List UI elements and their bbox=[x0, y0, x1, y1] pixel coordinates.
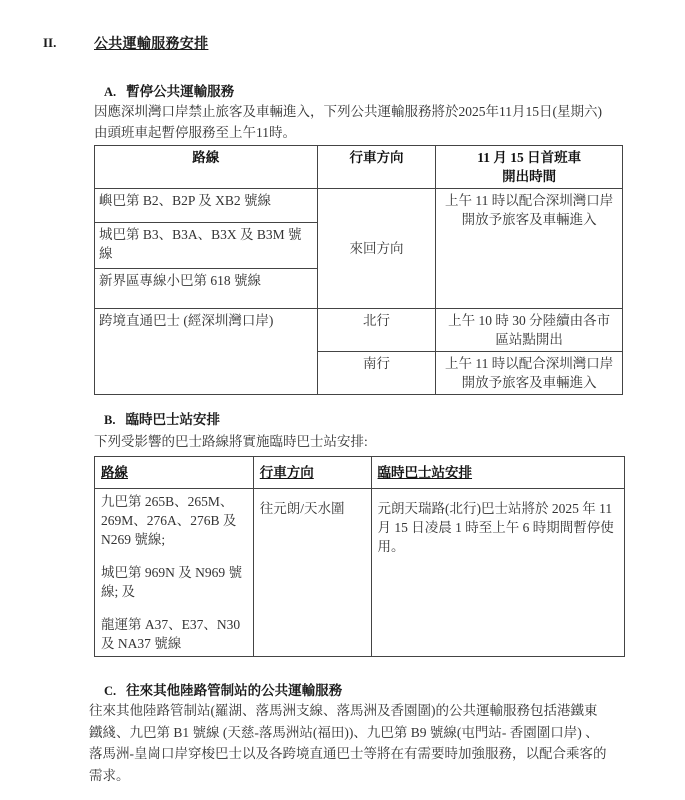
paragraph-line: 由頭班車起暫停服務至上午11時。 bbox=[94, 122, 654, 143]
table-row: 跨境直通巴士 (經深圳灣口岸) 北行 上午 10 時 30 分陸續由各市 區站點… bbox=[95, 309, 623, 352]
temporary-bus-stop-table: 路線 行車方向 臨時巴士站安排 九巴第 265B、265M、269M、276A、… bbox=[94, 456, 625, 657]
paragraph-line: 需求。 bbox=[89, 765, 679, 787]
direction-cell: 往元朗/天水圍 bbox=[253, 489, 371, 657]
header-direction: 行車方向 bbox=[317, 146, 436, 189]
route-cell: 新界區專線小巴第 618 號線 bbox=[95, 269, 318, 309]
subsection-c-title: 往來其他陸路管制站的公共運輸服務 bbox=[126, 683, 342, 698]
section-number: II. bbox=[43, 35, 56, 51]
subsection-a-paragraph: 因應深圳灣口岸禁止旅客及車輛進入，下列公共運輸服務將於2025年11月15日(星… bbox=[94, 101, 654, 143]
paragraph-line: 因應深圳灣口岸禁止旅客及車輛進入，下列公共運輸服務將於2025年11月15日(星… bbox=[94, 101, 654, 122]
header-line: 11 月 15 日首班車 bbox=[440, 148, 618, 167]
header-route: 路線 bbox=[95, 146, 318, 189]
cell-line: 區站點開出 bbox=[440, 330, 618, 349]
subsection-a-title: 暫停公共運輸服務 bbox=[126, 84, 234, 99]
route-cell: 嶼巴第 B2、B2P 及 XB2 號線 bbox=[95, 189, 318, 223]
subsection-c-paragraph: 往來其他陸路管制站(羅湖、落馬洲支線、落馬洲及香園圍)的公共運輸服務包括港鐵東 … bbox=[89, 700, 679, 786]
header-first-departure: 11 月 15 日首班車 開出時間 bbox=[436, 146, 623, 189]
route-cell: 城巴第 B3、B3A、B3X 及 B3M 號線 bbox=[95, 223, 318, 269]
table-header-row: 路線 行車方向 臨時巴士站安排 bbox=[95, 457, 625, 489]
subsection-c-label: C. bbox=[104, 684, 116, 699]
direction-cell: 南行 bbox=[317, 352, 436, 395]
header-direction: 行車方向 bbox=[253, 457, 371, 489]
route-group: 城巴第 969N 及 N969 號線; 及 bbox=[101, 563, 247, 601]
cell-line: 上午 11 時以配合深圳灣口岸 bbox=[440, 354, 618, 373]
cell-line: 上午 11 時以配合深圳灣口岸 bbox=[440, 191, 618, 210]
suspended-services-table: 路線 行車方向 11 月 15 日首班車 開出時間 嶼巴第 B2、B2P 及 X… bbox=[94, 145, 623, 395]
subsection-a-label: A. bbox=[104, 85, 116, 100]
first-departure-cell: 上午 11 時以配合深圳灣口岸 開放予旅客及車輛進入 bbox=[436, 352, 623, 395]
header-line: 開出時間 bbox=[440, 167, 618, 186]
paragraph-line: 落馬洲-皇崗口岸穿梭巴士以及各跨境直通巴士等將在有需要時加強服務，以配合乘客的 bbox=[89, 743, 679, 765]
cell-line: 開放予旅客及車輛進入 bbox=[440, 210, 618, 229]
cell-line: 開放予旅客及車輛進入 bbox=[440, 373, 618, 392]
cell-line: 上午 10 時 30 分陸續由各市 bbox=[440, 311, 618, 330]
header-arrangement: 臨時巴士站安排 bbox=[371, 457, 624, 489]
table-header-row: 路線 行車方向 11 月 15 日首班車 開出時間 bbox=[95, 146, 623, 189]
table-row: 嶼巴第 B2、B2P 及 XB2 號線 來回方向 上午 11 時以配合深圳灣口岸… bbox=[95, 189, 623, 223]
subsection-c-heading: C.往來其他陸路管制站的公共運輸服務 bbox=[104, 679, 342, 699]
spacer bbox=[101, 601, 247, 615]
subsection-b-heading: B.臨時巴士站安排 bbox=[104, 408, 220, 428]
first-departure-cell: 上午 10 時 30 分陸續由各市 區站點開出 bbox=[436, 309, 623, 352]
table-row: 九巴第 265B、265M、269M、276A、276B 及 N269 號線; … bbox=[95, 489, 625, 657]
route-group: 龍運第 A37、E37、N30 及 NA37 號線 bbox=[101, 615, 247, 653]
section-title: 公共運輸服務安排 bbox=[94, 33, 208, 53]
subsection-b-title: 臨時巴士站安排 bbox=[125, 412, 220, 427]
route-cell: 跨境直通巴士 (經深圳灣口岸) bbox=[95, 309, 318, 395]
paragraph-line: 鐵綫、九巴第 B1 號線 (天慈-落馬洲站(福田))、九巴第 B9 號線(屯門站… bbox=[89, 722, 679, 744]
subsection-b-intro: 下列受影響的巴士路線將實施臨時巴士站安排: bbox=[94, 431, 368, 452]
route-group: 九巴第 265B、265M、269M、276A、276B 及 N269 號線; bbox=[101, 492, 247, 549]
subsection-a-heading: A.暫停公共運輸服務 bbox=[104, 80, 234, 100]
direction-cell: 北行 bbox=[317, 309, 436, 352]
first-departure-cell: 上午 11 時以配合深圳灣口岸 開放予旅客及車輛進入 bbox=[436, 189, 623, 309]
arrangement-cell: 元朗天瑞路(北行)巴士站將於 2025 年 11 月 15 日凌晨 1 時至上午… bbox=[371, 489, 624, 657]
routes-cell: 九巴第 265B、265M、269M、276A、276B 及 N269 號線; … bbox=[95, 489, 254, 657]
direction-cell: 來回方向 bbox=[317, 189, 436, 309]
paragraph-line: 往來其他陸路管制站(羅湖、落馬洲支線、落馬洲及香園圍)的公共運輸服務包括港鐵東 bbox=[89, 700, 679, 722]
subsection-b-label: B. bbox=[104, 413, 115, 428]
spacer bbox=[101, 549, 247, 563]
header-route: 路線 bbox=[95, 457, 254, 489]
